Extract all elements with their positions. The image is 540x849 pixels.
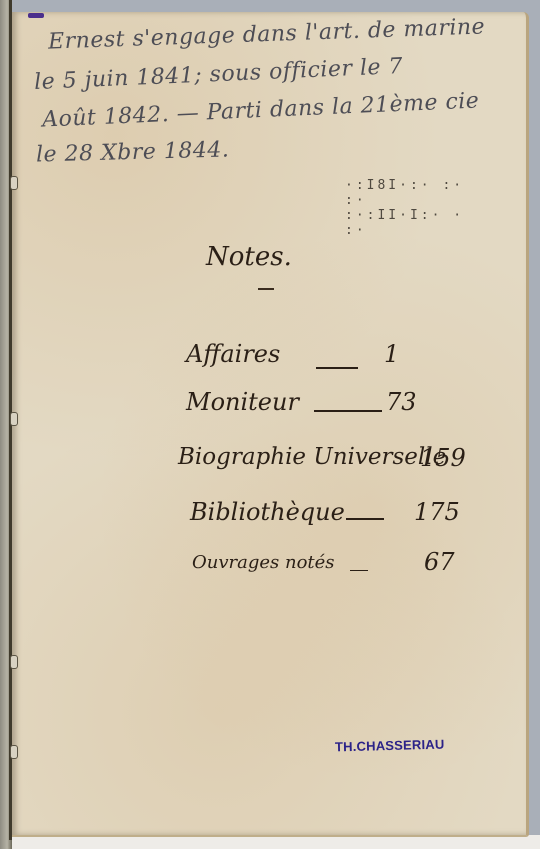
toc-page-number: 159 bbox=[420, 444, 466, 472]
toc-row: Affaires 1 bbox=[0, 340, 540, 380]
toc-page-number: 67 bbox=[424, 548, 455, 576]
toc-row: Bibliothèque 175 bbox=[0, 498, 540, 538]
toc-page-number: 73 bbox=[386, 388, 417, 416]
pencil-note-line-4: le 28 Xbre 1844. bbox=[36, 137, 230, 167]
toc-leader-dash bbox=[316, 367, 358, 369]
smudged-stamp-line-2: :·:II·I:· · :· bbox=[345, 208, 495, 238]
toc-leader-dash bbox=[346, 518, 384, 520]
toc-label: Moniteur bbox=[186, 388, 299, 416]
toc-row: Ouvrages notés 67 bbox=[0, 552, 540, 592]
toc-row: Moniteur 73 bbox=[0, 388, 540, 428]
binding-stitch bbox=[10, 176, 18, 190]
toc-label: Biographie Universelle bbox=[178, 444, 446, 470]
toc-leader-dash bbox=[314, 410, 382, 412]
smudged-stamp-line-1: ·:I8I·:· :· :· bbox=[345, 178, 495, 208]
scan-background bbox=[0, 835, 540, 849]
ownership-stamp: TH.CHASSERIAU bbox=[335, 737, 445, 755]
toc-label: Ouvrages notés bbox=[192, 552, 335, 573]
toc-label: Affaires bbox=[186, 340, 280, 368]
binding-stitch bbox=[10, 655, 18, 669]
heading-underline bbox=[258, 288, 274, 290]
page-heading: Notes. bbox=[206, 242, 292, 272]
toc-page-number: 175 bbox=[414, 498, 460, 526]
toc-page-number: 1 bbox=[384, 340, 399, 368]
toc-leader-dash bbox=[350, 570, 368, 571]
toc-label: Bibliothèque bbox=[190, 498, 345, 526]
binding-stitch bbox=[10, 745, 18, 759]
ink-mark bbox=[28, 13, 44, 18]
smudged-stamp: ·:I8I·:· :· :· :·:II·I:· · :· bbox=[345, 178, 495, 218]
toc-row: Biographie Universelle 159 bbox=[0, 444, 540, 484]
